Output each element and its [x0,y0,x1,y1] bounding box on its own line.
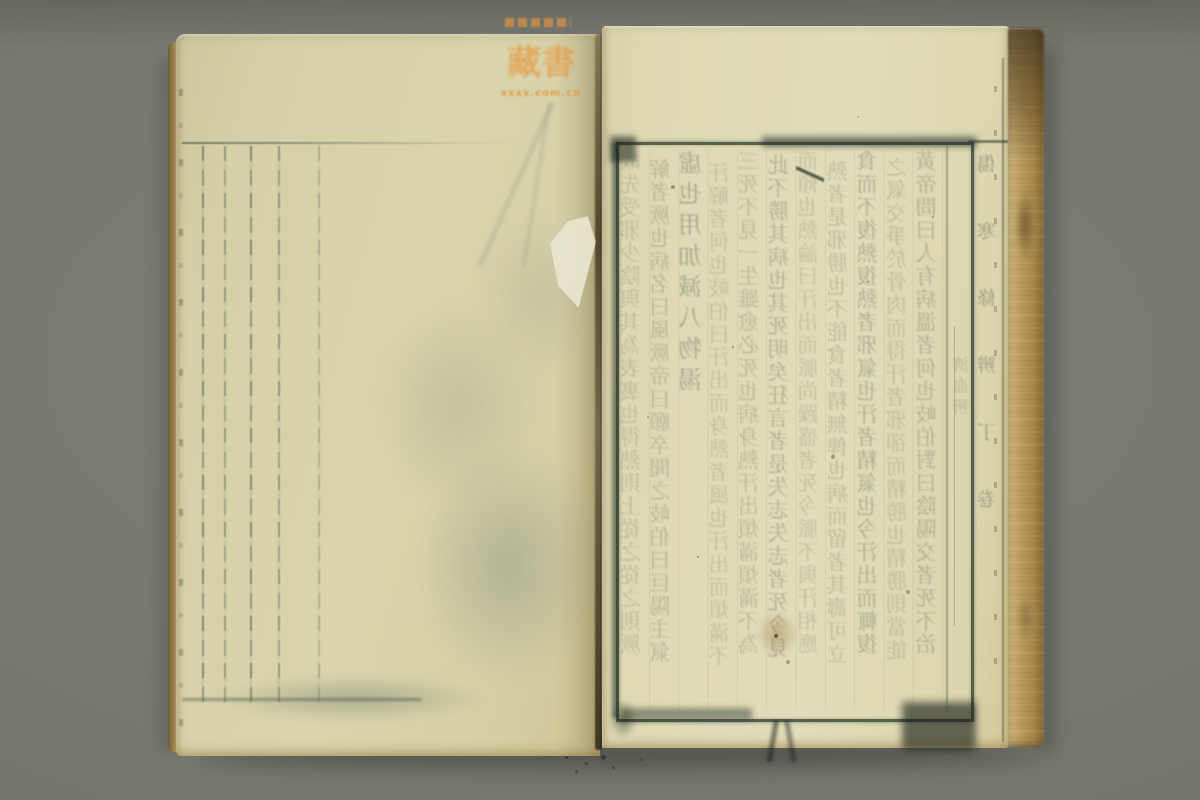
right-page-stack-fore-edge [1008,28,1044,747]
right-page: 黃帝問曰人有病溫者何也岐伯對曰陰陽交者死不治之氣交爭於骨肉而得汗者邪卻而精勝也精… [602,26,1010,748]
fore-edge-low-stain [1014,588,1036,648]
showthrough-column-rule [250,146,252,702]
gutter-bottom-ink-smear [604,692,642,746]
left-page-edge-specks [179,89,183,739]
frame-top-ink-smudge [762,136,977,147]
ink-scratch [796,142,824,206]
showthrough-margin-column: 濟血辨 [950,356,968,419]
digital-library-watermark: 藏書 xxxx.com.cn [497,16,585,108]
tail-edge-ink-specks [565,756,568,759]
showthrough-text-column: 熱者是邪勝也不能食者精無俾也病而留者其壽可立 [828,160,854,720]
fore-edge-mid-stain [1012,178,1038,273]
showthrough-column-rule [202,146,204,702]
showthrough-text-column: 黃帝問曰人有病溫者何也岐伯對曰陰陽交者死不治 [917,150,943,710]
ink-specks [602,26,604,28]
gutter-shading [556,34,600,756]
watermark-seal-glyphs: 藏書 [499,30,583,88]
stain-dot [774,634,778,638]
left-page [176,34,600,756]
showthrough-text-column: 之氣交爭於骨肉而得汗者邪卻而精勝也精勝則當能 [887,156,913,716]
showthrough-text-column: 解者厥也病名曰風厥帝曰願卒聞之岐伯曰巨陽主氣 [651,158,677,718]
showthrough-text-column: 食而不復熱復熱者邪氣也汗者精氣也今汗出而輒復 [858,150,884,710]
watermark-top-row [505,18,571,27]
photo-scene: 黃帝問曰人有病溫者何也岐伯對曰陰陽交者死不治之氣交爭於骨肉而得汗者邪卻而精勝也精… [0,0,1200,800]
showthrough-column-rule [224,146,226,702]
showthrough-text-column: 故先受邪少陰與其為表裏也得熱則上從之從之則厥 [621,150,647,710]
showthrough-column-rule [278,146,280,702]
leaf-fold-edge-line [1002,58,1004,742]
spine-gutter [595,34,602,750]
showthrough-fold-title-column: 傷寒條辨丁卷 [974,154,996,729]
bottom-margin-ink-marks [740,720,812,762]
fore-edge-top-stain [1008,28,1044,163]
frame-left-ink-bleed [612,142,618,718]
showthrough-text-column: 汗解者何也岐伯曰汗出而身熱者風也汗出而煩滿不 [710,162,736,722]
watermark-url-text: xxxx.com.cn [497,88,585,99]
margin-column-rule [946,146,948,712]
showthrough-text-column: 虛也用加減八物湯 [680,150,706,710]
